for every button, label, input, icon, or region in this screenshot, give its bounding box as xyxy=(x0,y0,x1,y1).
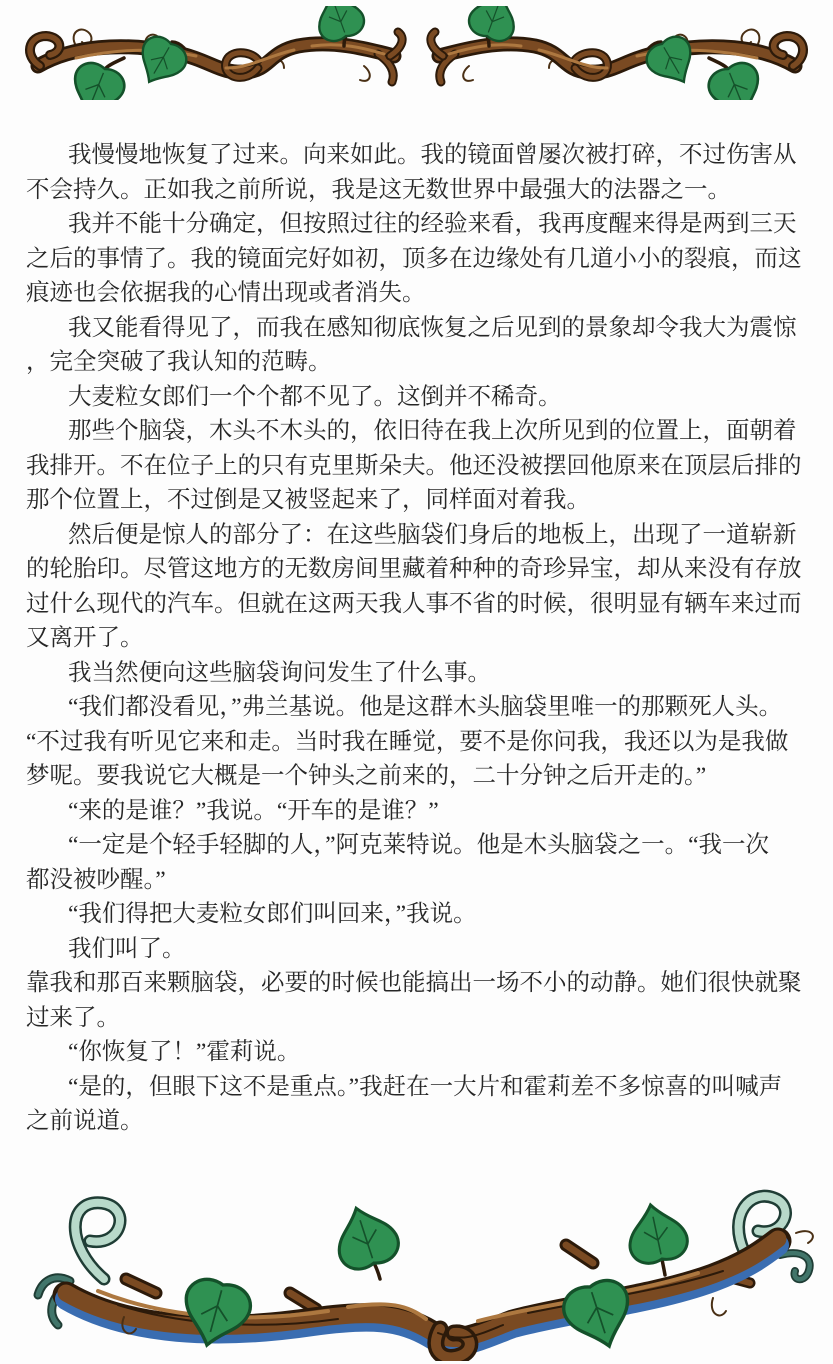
text-line-10: 我排开。不在位子上的只有克里斯朵夫。他还没被摆回他原来在顶层后排的 xyxy=(26,449,833,484)
text-line-23: “我们得把大麦粒女郎们叫回来，”我说。 xyxy=(26,897,833,932)
text-line-17: “我们都没看见，”弗兰基说。他是这群木头脑袋里唯一的那颗死人头。 xyxy=(26,690,833,725)
text-line-13: 的轮胎印。尽管这地方的无数房间里藏着种种的奇珍异宝，却从来没有存放 xyxy=(26,552,833,587)
text-line-21: “一定是个轻手轻脚的人，”阿克莱特说。他是木头脑袋之一。“我一次 xyxy=(26,828,833,863)
text-line-12: 然后便是惊人的部分了：在这些脑袋们身后的地板上，出现了一道崭新 xyxy=(26,518,833,553)
text-line-29: 之前说道。 xyxy=(26,1104,833,1139)
text-line-5: 痕迹也会依据我的心情出现或者消失。 xyxy=(26,276,833,311)
text-line-22: 都没被吵醒。” xyxy=(26,863,833,898)
text-line-7: ，完全突破了我认知的范畴。 xyxy=(26,345,833,380)
text-line-20: “来的是谁？”我说。“开车的是谁？” xyxy=(26,794,833,829)
text-line-11: 那个位置上，不过倒是又被竖起来了，同样面对着我。 xyxy=(26,483,833,518)
vine-ornament-bottom xyxy=(8,1183,825,1361)
text-line-26: 过来了。 xyxy=(26,1001,833,1036)
text-line-14: 过什么现代的汽车。但就在这两天我人事不省的时候，很明显有辆车来过而 xyxy=(26,587,833,622)
text-line-1: 我慢慢地恢复了过来。向来如此。我的镜面曾屡次被打碎，不过伤害从 xyxy=(26,138,833,173)
text-line-3: 我并不能十分确定，但按照过往的经验来看，我再度醒来得是两到三天 xyxy=(26,207,833,242)
text-line-28: “是的，但眼下这不是重点。”我赶在一大片和霍莉差不多惊喜的叫喊声 xyxy=(26,1070,833,1105)
text-line-27: “你恢复了！”霍莉说。 xyxy=(26,1035,833,1070)
vine-ornament-top-left xyxy=(12,6,408,100)
text-line-19: 梦呢。要我说它大概是一个钟头之前来的，二十分钟之后开走的。” xyxy=(26,759,833,794)
text-body: 我慢慢地恢复了过来。向来如此。我的镜面曾屡次被打碎，不过伤害从不会持久。正如我之… xyxy=(0,138,833,1139)
text-line-24: 我们叫了。 xyxy=(26,932,833,967)
text-line-8: 大麦粒女郎们一个个都不见了。这倒并不稀奇。 xyxy=(26,380,833,415)
vine-ornament-top-right xyxy=(425,6,821,100)
text-line-2: 不会持久。正如我之前所说，我是这无数世界中最强大的法器之一。 xyxy=(26,173,833,208)
text-line-9: 那些个脑袋，木头不木头的，依旧待在我上次所见到的位置上，面朝着 xyxy=(26,414,833,449)
text-line-16: 我当然便向这些脑袋询问发生了什么事。 xyxy=(26,656,833,691)
text-line-6: 我又能看得见了，而我在感知彻底恢复之后见到的景象却令我大为震惊 xyxy=(26,311,833,346)
text-line-15: 又离开了。 xyxy=(26,621,833,656)
text-line-4: 之后的事情了。我的镜面完好如初，顶多在边缘处有几道小小的裂痕，而这 xyxy=(26,242,833,277)
page: { "document": { "language": "zh-CN", "ki… xyxy=(0,0,833,1364)
text-line-18: “不过我有听见它来和走。当时我在睡觉，要不是你问我，我还以为是我做 xyxy=(26,725,833,760)
text-line-25: 靠我和那百来颗脑袋，必要的时候也能搞出一场不小的动静。她们很快就聚 xyxy=(26,966,833,1001)
